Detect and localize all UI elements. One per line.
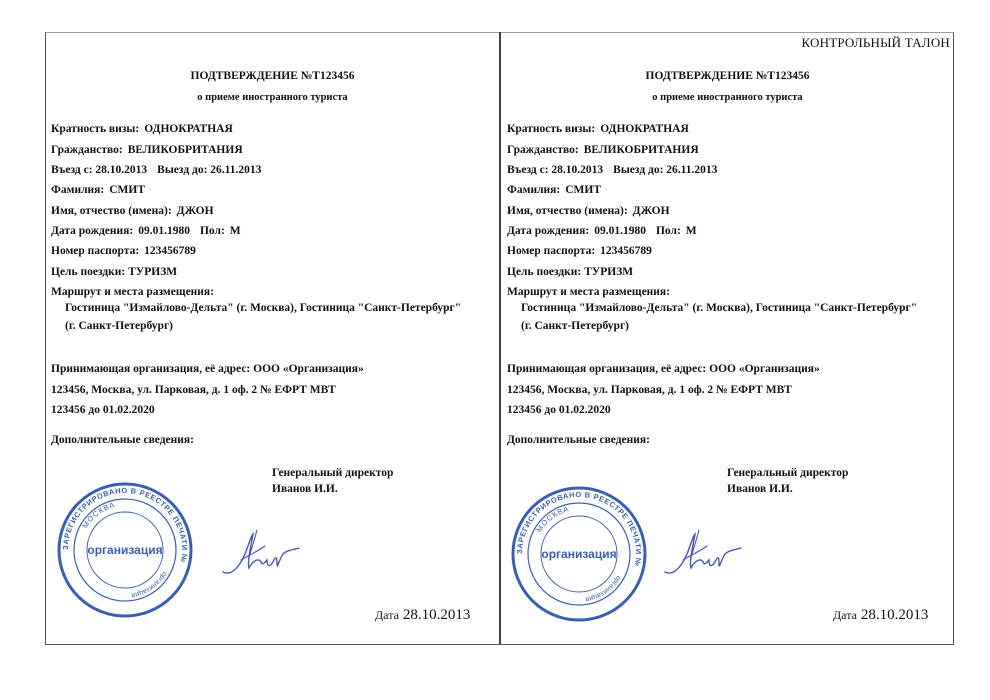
visa-multiplicity-row: Кратность визы:ОДНОКРАТНАЯ [51,122,233,136]
signature-icon [221,524,301,580]
host-org-row: Принимающая организация, её адрес: ООО «… [507,362,820,376]
purpose-row: Цель поездки: ТУРИЗМ [51,265,177,279]
surname-row: Фамилия:СМИТ [51,183,145,197]
surname-row: Фамилия:СМИТ [507,183,601,197]
signature-icon [663,524,743,580]
document-subtitle: о приеме иностранного туриста [45,91,500,105]
confirmation-panel-main: ПОДТВЕРЖДЕНИЕ №Т123456 о приеме иностран… [45,32,500,645]
document-subtitle: о приеме иностранного туриста [501,91,954,105]
route-line-1: Гостиница "Измайлово-Дельта" (г. Москва)… [521,301,917,315]
svg-text:организация: организация [87,543,162,557]
dates-row: Въезд с: 28.10.2013Выезд до: 26.11.2013 [51,163,261,177]
signatory-position: Генеральный директор [727,466,848,480]
visa-multiplicity-row: Кратность визы:ОДНОКРАТНАЯ [507,122,689,136]
document-title: ПОДТВЕРЖДЕНИЕ №Т123456 [45,69,500,83]
svg-text:организация: организация [541,547,616,561]
document-title: ПОДТВЕРЖДЕНИЕ №Т123456 [501,69,954,83]
confirmation-panel-stub: ПОДТВЕРЖДЕНИЕ №Т123456 о приеме иностран… [501,32,954,645]
dates-row: Въезд с: 28.10.2013Выезд до: 26.11.2013 [507,163,717,177]
host-address: 123456, Москва, ул. Парковая, д. 1 оф. 2… [51,383,336,397]
birth-sex-row: Дата рождения:09.01.1980Пол:М [507,224,697,238]
passport-row: Номер паспорта:123456789 [51,244,196,258]
host-validity: 123456 до 01.02.2020 [51,403,155,417]
route-line-2: (г. Санкт-Петербург) [521,319,629,333]
route-label: Маршрут и места размещения: [507,285,670,299]
purpose-row: Цель поездки: ТУРИЗМ [507,265,633,279]
given-names-row: Имя, отчество (имена):ДЖОН [507,204,670,218]
passport-row: Номер паспорта:123456789 [507,244,652,258]
signatory-position: Генеральный директор [272,466,393,480]
host-validity: 123456 до 01.02.2020 [507,403,611,417]
citizenship-row: Гражданство:ВЕЛИКОБРИТАНИЯ [507,143,699,157]
host-org-row: Принимающая организация, её адрес: ООО «… [51,362,364,376]
additional-info-label: Дополнительные сведения: [507,433,650,447]
organization-stamp-icon: ЗАРЕГИСТРИРОВАНО В РЕЕСТРЕ ПЕЧАТИ № МОСК… [55,480,195,620]
additional-info-label: Дополнительные сведения: [51,433,194,447]
route-label: Маршрут и места размещения: [51,285,214,299]
citizenship-row: Гражданство:ВЕЛИКОБРИТАНИЯ [51,143,243,157]
date-field: Дата28.10.2013 [833,606,928,624]
host-address: 123456, Москва, ул. Парковая, д. 1 оф. 2… [507,383,792,397]
signatory-name: Иванов И.И. [727,482,793,496]
route-line-2: (г. Санкт-Петербург) [65,319,173,333]
organization-stamp-icon: ЗАРЕГИСТРИРОВАНО В РЕЕСТРЕ ПЕЧАТИ № МОСК… [509,484,649,624]
date-field: Дата28.10.2013 [375,606,470,624]
birth-sex-row: Дата рождения:09.01.1980Пол:М [51,224,241,238]
signatory-name: Иванов И.И. [272,482,338,496]
route-line-1: Гостиница "Измайлово-Дельта" (г. Москва)… [65,301,461,315]
given-names-row: Имя, отчество (имена):ДЖОН [51,204,214,218]
